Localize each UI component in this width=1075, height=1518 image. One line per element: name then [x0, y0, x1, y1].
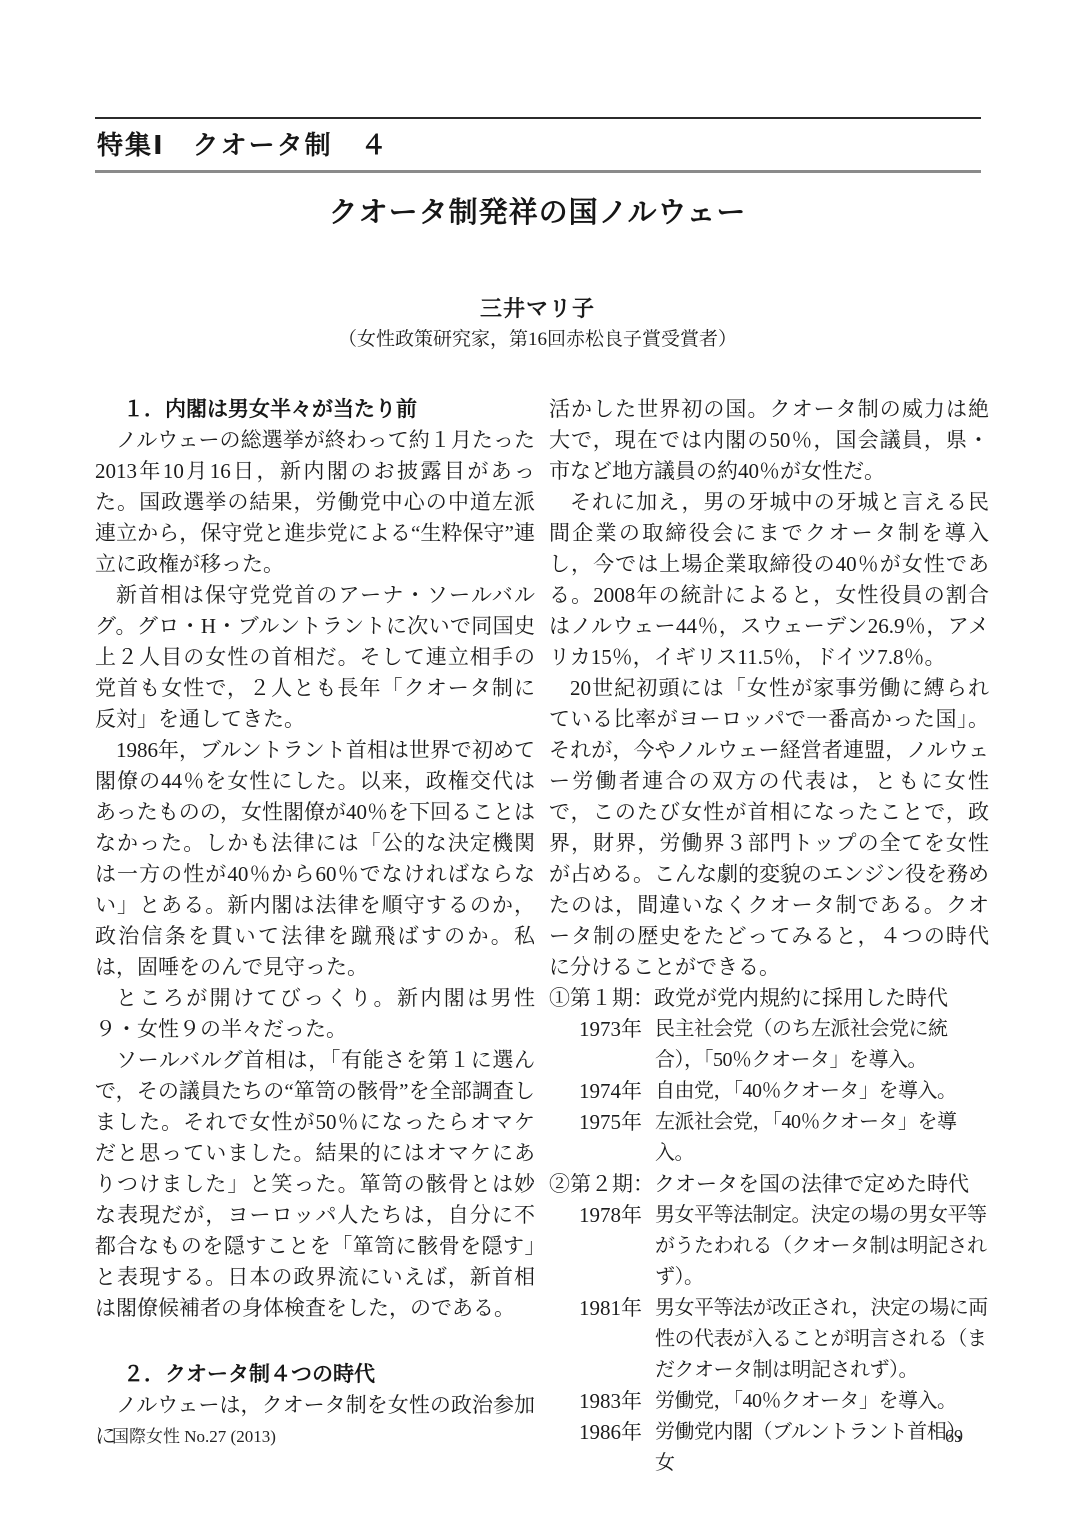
timeline-text: 男女平等法制定。決定の場の男女平等がうたわれる（クオータ制は明記されず）。	[655, 1200, 989, 1293]
timeline-text: 男女平等法が改正され，決定の場に両性の代表が入ることが明言される（まだクオータ制…	[655, 1293, 989, 1386]
paragraph: 20世紀初頭には「女性が家事労働に縛られている比率がヨーロッパで一番高かった国」…	[549, 673, 989, 983]
paragraph: ところが開けてびっくり。新内閣は男性９・女性９の半々だった。	[95, 983, 535, 1045]
paragraph: それに加え，男の牙城中の牙城と言える民間企業の取締役会にまでクオータ制を導入し，…	[549, 487, 989, 673]
timeline-text: 左派社会党，「40％クオータ」を導入。	[655, 1107, 989, 1169]
paragraph: ノルウェーの総選挙が終わって約１月たった2013年10月16日，新内閣のお披露目…	[95, 425, 535, 580]
timeline-entry: 1981年 男女平等法が改正され，決定の場に両性の代表が入ることが明言される（ま…	[549, 1293, 989, 1386]
paragraph: 1986年，ブルントラント首相は世界で初めて閣僚の44％を女性にした。以来，政権…	[95, 735, 535, 983]
paragraph: 新首相は保守党党首のアーナ・ソールバルグ。グロ・H・ブルントラントに次いで同国史…	[95, 580, 535, 735]
era-2-heading: ②第２期：クオータを国の法律で定めた時代	[549, 1169, 989, 1200]
timeline-year: 1974年	[579, 1076, 655, 1107]
era-1-heading: ①第１期：政党が党内規約に採用した時代	[549, 983, 989, 1014]
article-title: クオータ制発祥の国ノルウェー	[0, 190, 1075, 231]
left-column: １．内閣は男女半々が当たり前 ノルウェーの総選挙が終わって約１月たった2013年…	[95, 394, 535, 1452]
timeline-entry: 1974年 自由党，「40％クオータ」を導入。	[549, 1076, 989, 1107]
timeline-year: 1981年	[579, 1293, 655, 1386]
timeline-entry: 1978年 男女平等法制定。決定の場の男女平等がうたわれる（クオータ制は明記され…	[549, 1200, 989, 1293]
right-column: 活かした世界初の国。クオータ制の威力は絶大で，現在では内閣の50％，国会議員，県…	[549, 394, 989, 1479]
timeline-year: 1973年	[579, 1014, 655, 1076]
page-number: 69	[945, 1426, 985, 1447]
timeline-year: 1978年	[579, 1200, 655, 1293]
timeline-entry: 1973年 民主社会党（のち左派社会党に統合），「50％クオータ」を導入。	[549, 1014, 989, 1076]
author-name: 三井マリ子	[0, 292, 1075, 323]
timeline-text: 民主社会党（のち左派社会党に統合），「50％クオータ」を導入。	[655, 1014, 989, 1076]
author-affiliation: （女性政策研究家，第16回赤松良子賞受賞者）	[0, 324, 1075, 351]
section-1-heading: １．内閣は男女半々が当たり前	[95, 394, 535, 425]
journal-article-page: 特集Ⅰ クオータ制 ４ クオータ制発祥の国ノルウェー 三井マリ子 （女性政策研究…	[0, 0, 1075, 1518]
journal-issue-label: 国際女性 No.27 (2013)	[95, 1422, 276, 1447]
timeline-text: 自由党，「40％クオータ」を導入。	[655, 1076, 989, 1107]
paragraph-continuation: 活かした世界初の国。クオータ制の威力は絶大で，現在では内閣の50％，国会議員，県…	[549, 394, 989, 487]
timeline-year: 1975年	[579, 1107, 655, 1169]
page-footer: 国際女性 No.27 (2013) 69	[95, 1422, 985, 1447]
timeline-year: 1983年	[579, 1386, 655, 1417]
timeline-entry: 1975年 左派社会党，「40％クオータ」を導入。	[549, 1107, 989, 1169]
timeline-text: 労働党，「40％クオータ」を導入。	[655, 1386, 989, 1417]
section-2-heading: ２．クオータ制４つの時代	[95, 1359, 535, 1390]
paragraph: ソールバルグ首相は，「有能さを第１に選んで，その議員たちの“箪笥の骸骨”を全部調…	[95, 1045, 535, 1324]
series-header-band: 特集Ⅰ クオータ制 ４	[95, 117, 981, 173]
series-label: 特集Ⅰ クオータ制 ４	[95, 119, 981, 170]
timeline-entry: 1983年 労働党，「40％クオータ」を導入。	[549, 1386, 989, 1417]
